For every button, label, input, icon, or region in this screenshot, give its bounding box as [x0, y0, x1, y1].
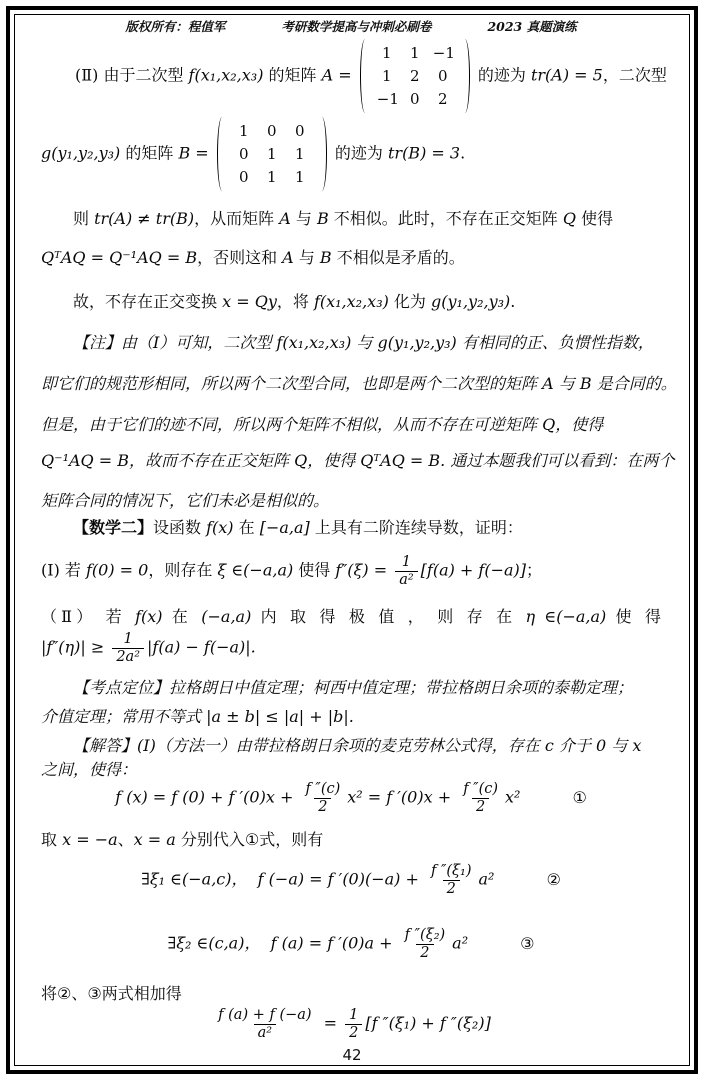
text-run: ，则存在	[148, 561, 217, 580]
text-run: ，使得	[555, 415, 603, 434]
text-run: 将②、③两式相加得	[41, 984, 182, 1003]
equation-1-lhs: f (x) = f (0) + f ′(0)x +	[115, 788, 298, 807]
text-run: 则	[73, 209, 94, 228]
note-line-5: 矩阵合同的情况下，它们未必是相似的。	[41, 489, 661, 512]
text-run: g(y₁,y₂,y₃)	[41, 144, 120, 163]
matrix-cell: 1	[377, 43, 397, 63]
text-run: 是合同的。	[592, 374, 677, 393]
page: 版权所有：程值军 考研数学提高与冲刺必刷卷 2023 真题演练 (Ⅱ) 由于二次…	[0, 0, 704, 1080]
text-run: f(x)	[206, 518, 233, 537]
fraction-denominator: 2	[472, 798, 489, 816]
matrix-cell: 1	[234, 121, 254, 141]
substitute-line: 取 x = −a、x = a 分别代入①式，则有	[41, 828, 661, 851]
matrix-cell: 1	[290, 144, 310, 164]
matrix-cell: 1	[405, 43, 425, 63]
text-run: B	[317, 209, 329, 228]
para-contradiction: QᵀAQ = Q⁻¹AQ = B，否则这和 A 与 B 不相似是矛盾的。	[41, 246, 661, 269]
text-run: B =	[178, 144, 213, 163]
para-quadratic-B: g(y₁,y₂,y₃) 的矩阵 B = 1 0 0 0 1 1 0 1 1 的迹…	[41, 117, 661, 191]
text-run: 与	[351, 333, 377, 352]
text-run: 即它们的规范形相同，所以两个二次型合同，也即是两个二次型的矩阵	[41, 374, 542, 393]
text-run: 之间，使得：	[41, 760, 137, 779]
matrix-cell: 0	[262, 121, 282, 141]
fraction-numerator: 1	[398, 554, 415, 571]
fraction: f (a) + f (−a)a²	[214, 1007, 315, 1041]
fraction-numerator: f (a) + f (−a)	[214, 1007, 315, 1024]
text-run: 的矩阵	[120, 144, 178, 163]
fraction-numerator: f ″(ξ₂)	[401, 927, 450, 944]
text-run: 化为	[389, 292, 431, 311]
fraction-denominator: a²	[254, 1024, 276, 1042]
text-run: |f″(η)| ≥	[41, 638, 109, 657]
problem-part1-post: [f(a) + f(−a)]；	[421, 561, 542, 580]
text-run: 与	[291, 209, 317, 228]
fraction-denominator: a²	[395, 571, 417, 589]
matrix-cell: 1	[377, 66, 397, 86]
text-run: g(y₁,y₂,y₃)	[431, 292, 510, 311]
inequality-post: |f(a) − f(−a)|.	[147, 638, 256, 657]
equation-2: ∃ξ₁ ∈(−a,c)， f (−a) = f ′(0)(−a) + f ″(ξ…	[41, 863, 661, 897]
left-paren-icon	[217, 117, 227, 191]
text-run: 矩阵合同的情况下，它们未必是相似的。	[41, 491, 329, 510]
text-run: 不相似。此时，不存在正交矩阵	[329, 209, 563, 228]
text-run: 、	[118, 830, 134, 849]
text-run: |a ± b| ≤ |a| + |b|	[206, 707, 349, 726]
text-run: .	[349, 707, 354, 726]
outer-border: 版权所有：程值军 考研数学提高与冲刺必刷卷 2023 真题演练 (Ⅱ) 由于二次…	[6, 6, 698, 1074]
matrix-cell: 0	[405, 89, 425, 109]
fraction-denominator: 2	[345, 1024, 362, 1042]
text-run: 在	[163, 607, 202, 626]
text-run: f(x₁,x₂,x₃)	[276, 333, 351, 352]
text-run: 使 得	[606, 607, 661, 626]
fraction: f ″(ξ₁)2	[427, 863, 476, 897]
text-run: tr(A) = 5	[531, 66, 603, 85]
text-run: QᵀAQ = B	[360, 451, 440, 470]
matrix-cell: 0	[234, 167, 254, 187]
fraction-denominator: 2	[416, 944, 433, 962]
para-conclusion: 故，不存在正交变换 x = Qy，将 f(x₁,x₂,x₃) 化为 g(y₁,y…	[41, 290, 661, 313]
fraction-numerator: 1	[120, 631, 137, 648]
equation-3-end: a²	[452, 934, 468, 953]
text-run: ，从而矩阵	[194, 209, 279, 228]
matrix-B: 1 0 0 0 1 1 0 1 1	[217, 117, 327, 191]
left-paren-icon	[360, 39, 370, 113]
text-run: 在	[234, 518, 260, 537]
equation-final-rhs: [f ″(ξ₁) + f ″(ξ₂)]	[365, 1014, 490, 1033]
text-run: 介于 0 与	[554, 736, 633, 755]
matrix-cell: 0	[433, 66, 453, 86]
equation-1-end: x²	[505, 788, 520, 807]
text-run: x = a	[134, 830, 176, 849]
text-run: B	[580, 374, 592, 393]
text-run: c	[545, 736, 554, 755]
equation-3: ∃ξ₂ ∈(c,a)， f (a) = f ′(0)a + f ″(ξ₂)2a²…	[41, 927, 661, 961]
text-run: f″(ξ) =	[335, 561, 392, 580]
fraction-numerator: f ″(ξ₁)	[427, 863, 476, 880]
text-run: (Ⅱ) 由于二次型	[75, 66, 189, 85]
fraction-denominator: 2	[314, 798, 331, 816]
text-run: 上具有二阶连续导数，证明：	[310, 518, 523, 537]
matrix-cell: −1	[377, 89, 397, 109]
text-run: ξ ∈(−a,a)	[217, 561, 293, 580]
text-run: .	[510, 292, 515, 311]
text-run: f(x)	[135, 607, 162, 626]
text-run: [−a,a]	[260, 518, 310, 537]
text-run: tr(A) ≠ tr(B)	[94, 209, 194, 228]
text-run: A =	[322, 66, 357, 85]
equation-1-number: ①	[572, 788, 586, 807]
text-run: Q	[563, 209, 576, 228]
equation-1-mid: x² = f ′(0)x +	[347, 788, 456, 807]
solution-line-2: 之间，使得：	[41, 758, 661, 781]
text-run: η ∈(−a,a)	[526, 607, 607, 626]
text-run: Q⁻¹AQ = B	[41, 451, 129, 470]
matrix-cell: 0	[234, 144, 254, 164]
fraction-denominator: 2a²	[112, 648, 144, 666]
text-run: 故，不存在正交变换	[73, 292, 222, 311]
text-run: ，将	[277, 292, 314, 311]
text-run: Q	[294, 451, 307, 470]
text-run: tr(B) = 3	[388, 144, 460, 163]
text-run: f(0) = 0	[86, 561, 148, 580]
text-run: 介值定理；常用不等式	[41, 707, 206, 726]
text-run: 分别代入①式，则有	[176, 830, 323, 849]
text-run: 【解答】(Ⅰ)（方法一）由带拉格朗日余项的麦克劳林公式得，存在	[73, 736, 545, 755]
equation-3-lhs: ∃ξ₂ ∈(c,a)， f (a) = f ′(0)a +	[168, 934, 398, 953]
text-run: 【注】由（Ⅰ）可知，二次型	[73, 333, 276, 352]
page-header: 版权所有：程值军 考研数学提高与冲刺必刷卷 2023 真题演练	[41, 17, 661, 35]
matrix-cell: 1	[290, 167, 310, 187]
text-run: . 通过本题我们可以看到：在两个	[440, 451, 674, 470]
matrix-cell: 2	[433, 89, 453, 109]
text-run: (Ⅰ) 若	[41, 561, 86, 580]
note-line-1: 【注】由（Ⅰ）可知，二次型 f(x₁,x₂,x₃) 与 g(y₁,y₂,y₃) …	[41, 331, 661, 354]
problem-part2: （Ⅱ） 若 f(x) 在 (−a,a) 内 取 得 极 值 ， 则 存 在 η …	[41, 605, 661, 628]
fraction-numerator: 1	[345, 1007, 362, 1024]
page-number: 42	[15, 1046, 689, 1064]
text-run: x	[632, 736, 641, 755]
text-run: 的迹为	[330, 144, 388, 163]
inequality-pre: |f″(η)| ≥	[41, 638, 109, 657]
text-run: f(x₁,x₂,x₃)	[189, 66, 264, 85]
text-run: ，否则这和	[197, 248, 282, 267]
matrix-cell: 0	[290, 121, 310, 141]
text-run: 【考点定位】拉格朗日中值定理；柯西中值定理；带拉格朗日余项的泰勒定理；	[73, 678, 633, 697]
matrix-cell: 1	[262, 144, 282, 164]
text-run: g(y₁,y₂,y₃)	[378, 333, 457, 352]
text-run: QᵀAQ = Q⁻¹AQ = B	[41, 248, 197, 267]
text-run: 内 取 得 极 值 ， 则 存 在	[251, 607, 525, 626]
para-trace-compare: 则 tr(A) ≠ tr(B)，从而矩阵 A 与 B 不相似。此时，不存在正交矩…	[41, 207, 661, 230]
para-quadratic-B-post: 的迹为 tr(B) = 3.	[330, 144, 465, 163]
text-run: x = Qy	[222, 292, 277, 311]
problem-part1-pre: (Ⅰ) 若 f(0) = 0，则存在 ξ ∈(−a,a) 使得 f″(ξ) =	[41, 561, 392, 580]
text-run: A	[542, 374, 554, 393]
equation-2-number: ②	[546, 870, 560, 889]
header-copyright: 版权所有：程值军	[125, 17, 225, 35]
matrix-cell: −1	[433, 43, 453, 63]
fraction-numerator: f ″(c)	[459, 781, 502, 798]
text-run: 的矩阵	[263, 66, 321, 85]
text-run: Q	[542, 415, 555, 434]
equation-final-equals: =	[319, 1014, 343, 1033]
text-run: [f(a) + f(−a)]	[421, 561, 526, 580]
text-run: 【数学二】	[73, 518, 153, 537]
text-run: 设函数	[153, 518, 206, 537]
text-run: (−a,a)	[201, 607, 251, 626]
matrix-cell: 1	[262, 167, 282, 187]
matrix-B-cells: 1 0 0 0 1 1 0 1 1	[227, 117, 317, 191]
text-run: 但是，由于它们的迹不同，所以两个矩阵不相似，从而不存在可逆矩阵	[41, 415, 542, 434]
text-run: 取	[41, 830, 62, 849]
problem-math2-title: 【数学二】设函数 f(x) 在 [−a,a] 上具有二阶连续导数，证明：	[41, 516, 661, 539]
fraction: f ″(c)2	[301, 781, 344, 815]
right-paren-icon	[460, 39, 470, 113]
keypoint-line-1: 【考点定位】拉格朗日中值定理；柯西中值定理；带拉格朗日余项的泰勒定理；	[41, 676, 661, 699]
text-run: |f(a) − f(−a)|.	[147, 638, 256, 657]
text-run: f(x₁,x₂,x₃)	[314, 292, 389, 311]
note-line-3: 但是，由于它们的迹不同，所以两个矩阵不相似，从而不存在可逆矩阵 Q，使得	[41, 413, 661, 436]
equation-2-end: a²	[479, 870, 495, 889]
text-run: A	[279, 209, 291, 228]
text-run: x = −a	[62, 830, 118, 849]
fraction: 1a²	[395, 554, 417, 588]
add-equations-line: 将②、③两式相加得	[41, 982, 661, 1005]
fraction: f ″(c)2	[459, 781, 502, 815]
para-quadratic-A: (Ⅱ) 由于二次型 f(x₁,x₂,x₃) 的矩阵 A = 1 1 −1 1 2…	[75, 39, 690, 113]
solution-line-1: 【解答】(Ⅰ)（方法一）由带拉格朗日余项的麦克劳林公式得，存在 c 介于 0 与…	[41, 734, 661, 757]
text-run: （Ⅱ） 若	[41, 607, 135, 626]
equation-2-lhs: ∃ξ₁ ∈(−a,c)， f (−a) = f ′(0)(−a) +	[141, 870, 424, 889]
text-run: ，使得	[307, 451, 360, 470]
problem-part2-inequality: |f″(η)| ≥ 12a²|f(a) − f(−a)|.	[41, 631, 661, 665]
text-run: B	[320, 248, 332, 267]
text-run: ，二次型	[603, 66, 667, 85]
inner-border: 版权所有：程值军 考研数学提高与冲刺必刷卷 2023 真题演练 (Ⅱ) 由于二次…	[14, 14, 690, 1066]
header-edition: 2023 真题演练	[487, 17, 576, 35]
text-run: 与	[294, 248, 320, 267]
para-quadratic-A-pre: (Ⅱ) 由于二次型 f(x₁,x₂,x₃) 的矩阵 A =	[75, 66, 357, 85]
text-run: ，故而不存在正交矩阵	[129, 451, 294, 470]
fraction: f ″(ξ₂)2	[401, 927, 450, 961]
equation-1: f (x) = f (0) + f ′(0)x + f ″(c)2x² = f …	[41, 781, 661, 815]
text-run: 的迹为	[473, 66, 531, 85]
note-line-4: Q⁻¹AQ = B，故而不存在正交矩阵 Q，使得 QᵀAQ = B. 通过本题我…	[41, 449, 661, 472]
para-quadratic-B-pre: g(y₁,y₂,y₃) 的矩阵 B =	[41, 144, 214, 163]
text-run: .	[460, 144, 465, 163]
text-run: 使得	[293, 561, 335, 580]
right-paren-icon	[317, 117, 327, 191]
fraction: 12a²	[112, 631, 144, 665]
equation-final: f (a) + f (−a)a² = 12[f ″(ξ₁) + f ″(ξ₂)]	[41, 1007, 661, 1041]
problem-part1: (Ⅰ) 若 f(0) = 0，则存在 ξ ∈(−a,a) 使得 f″(ξ) = …	[41, 554, 661, 588]
matrix-cell: 2	[405, 66, 425, 86]
text-run: 不相似是矛盾的。	[332, 248, 465, 267]
text-run: 使得	[576, 209, 613, 228]
fraction-numerator: f ″(c)	[301, 781, 344, 798]
fraction-denominator: 2	[443, 880, 460, 898]
equation-3-number: ③	[520, 934, 534, 953]
matrix-A: 1 1 −1 1 2 0 −1 0 2	[360, 39, 470, 113]
fraction: 12	[345, 1007, 362, 1041]
text-run: A	[282, 248, 294, 267]
header-series-title: 考研数学提高与冲刺必刷卷	[281, 17, 431, 35]
text-run: 与	[554, 374, 580, 393]
note-line-2: 即它们的规范形相同，所以两个二次型合同，也即是两个二次型的矩阵 A 与 B 是合…	[41, 372, 661, 395]
keypoint-line-2: 介值定理；常用不等式 |a ± b| ≤ |a| + |b|.	[41, 705, 661, 728]
text-run: ；	[526, 561, 542, 580]
para-quadratic-A-post: 的迹为 tr(A) = 5，二次型	[473, 66, 667, 85]
text-run: 有相同的正、负惯性指数，	[457, 333, 654, 352]
matrix-A-cells: 1 1 −1 1 2 0 −1 0 2	[370, 39, 460, 113]
